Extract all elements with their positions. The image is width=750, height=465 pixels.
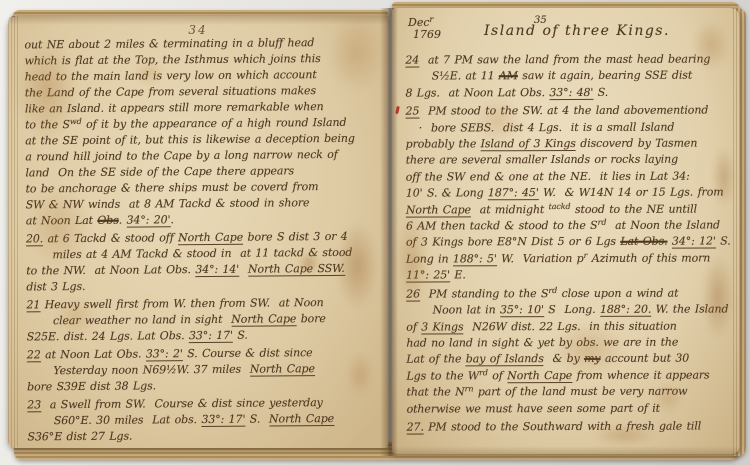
right-page-number: 35 <box>534 15 547 26</box>
journal-line: 8 Lgs. at Noon Lat Obs. 33°: 48' S. <box>405 84 729 102</box>
journal-line: S½E. at 11 AM saw it again, bearing SSE … <box>405 68 729 86</box>
journal-line: a round hill joind to the Cape by a long… <box>25 147 381 166</box>
journal-entry: 20. at 6 Tackd & stood off North Cape bo… <box>26 229 382 296</box>
journal-line: 11°: 25' E. <box>406 267 730 285</box>
journal-entry: 25 PM stood to the SW. at 4 the land abo… <box>406 103 731 285</box>
journal-line: off the SW end & one at the NE. it lies … <box>406 168 730 186</box>
journal-line: 10' S. & Long 187°: 45' W. & W14N 14 or … <box>406 185 730 203</box>
journal-line: 24 at 7 PM saw the land from the mast he… <box>405 51 729 69</box>
journal-date: Decr 1769 <box>408 17 441 41</box>
journal-entry: 21 Heavy swell first from W. then from S… <box>26 295 382 346</box>
journal-line: bore S39E dist 38 Lgs. <box>27 377 383 396</box>
journal-line: there are several smaller Islands or roc… <box>406 152 730 170</box>
right-page-header: Decr 1769 35 Island of three Kings. <box>406 14 730 52</box>
journal-line: to the NW. at Noon Lat Obs. 34°: 14' Nor… <box>26 261 382 280</box>
journal-line: S36°E dist 27 Lgs. <box>27 427 383 446</box>
journal-line: Lgs to the Wrd of North Cape from whence… <box>406 367 730 385</box>
left-page-text: out NE about 2 miles & terminating in a … <box>24 35 383 448</box>
journal-line: at Noon Lat Obs. 34°: 20'. <box>26 211 382 230</box>
photo-background: 34 out NE about 2 miles & terminating in… <box>0 0 750 465</box>
journal-line: had no land in sight & yet by obs. we ar… <box>406 334 730 352</box>
journal-entry: 24 at 7 PM saw the land from the mast he… <box>405 51 729 101</box>
page-title: Island of three Kings. <box>484 23 670 39</box>
page-title-wrap: 35 Island of three Kings. <box>484 23 670 39</box>
journal-line: Long in 188°: 5' W. Variation pr Azimuth… <box>406 250 730 268</box>
journal-line: 6 AM then tackd & stood to the Srd at No… <box>406 217 730 235</box>
journal-line: dist 3 Lgs. <box>26 277 382 296</box>
journal-line: Lat of the bay of Islands & by my accoun… <box>406 351 730 369</box>
journal-entry: 26 PM standing to the Srd close upon a w… <box>406 285 730 417</box>
journal-line: otherwise we must have seen some part of… <box>407 400 731 418</box>
left-page: 34 out NE about 2 miles & terminating in… <box>8 16 388 448</box>
journal-line: 25 PM stood to the SW. at 4 the land abo… <box>406 103 730 121</box>
journal-line: 27. PM stood to the Southward with a fre… <box>407 418 731 436</box>
journal-entry: 27. PM stood to the Southward with a fre… <box>407 418 731 436</box>
journal-line: · bore SEBS. dist 4 Lgs. it is a small I… <box>406 119 730 137</box>
right-page: Decr 1769 35 Island of three Kings. 24 a… <box>392 8 740 454</box>
journal-line: of 3 Kings N26W dist. 22 Lgs. in this si… <box>406 318 730 336</box>
journal-entry: out NE about 2 miles & terminating in a … <box>24 35 381 230</box>
journal-entry: 22 at Noon Lat Obs. 33°: 2' S. Course & … <box>27 345 383 396</box>
journal-line: Noon lat in 35°: 10' S Long. 188°: 20. W… <box>406 302 730 320</box>
right-page-text: 24 at 7 PM saw the land from the mast he… <box>405 51 730 437</box>
journal-date-year: 1769 <box>408 29 441 41</box>
journal-line: S60°E. 30 miles Lat obs. 33°: 17' S. Nor… <box>27 411 383 430</box>
journal-line: probably the Island of 3 Kings discoverd… <box>406 135 730 153</box>
journal-line: S25E. dist. 24 Lgs. Lat Obs. 33°: 17' S. <box>27 327 383 346</box>
journal-line: 26 PM standing to the Srd close upon a w… <box>406 285 730 303</box>
journal-line: North Cape at midnight tackd stood to th… <box>406 201 730 219</box>
journal-line: that the Nrn part of the land must be ve… <box>406 384 730 402</box>
journal-line: of 3 Kings bore E8°N Dist 5 or 6 Lgs Lat… <box>406 234 730 252</box>
journal-entry: 23 a Swell from SW. Course & dist since … <box>27 395 383 446</box>
